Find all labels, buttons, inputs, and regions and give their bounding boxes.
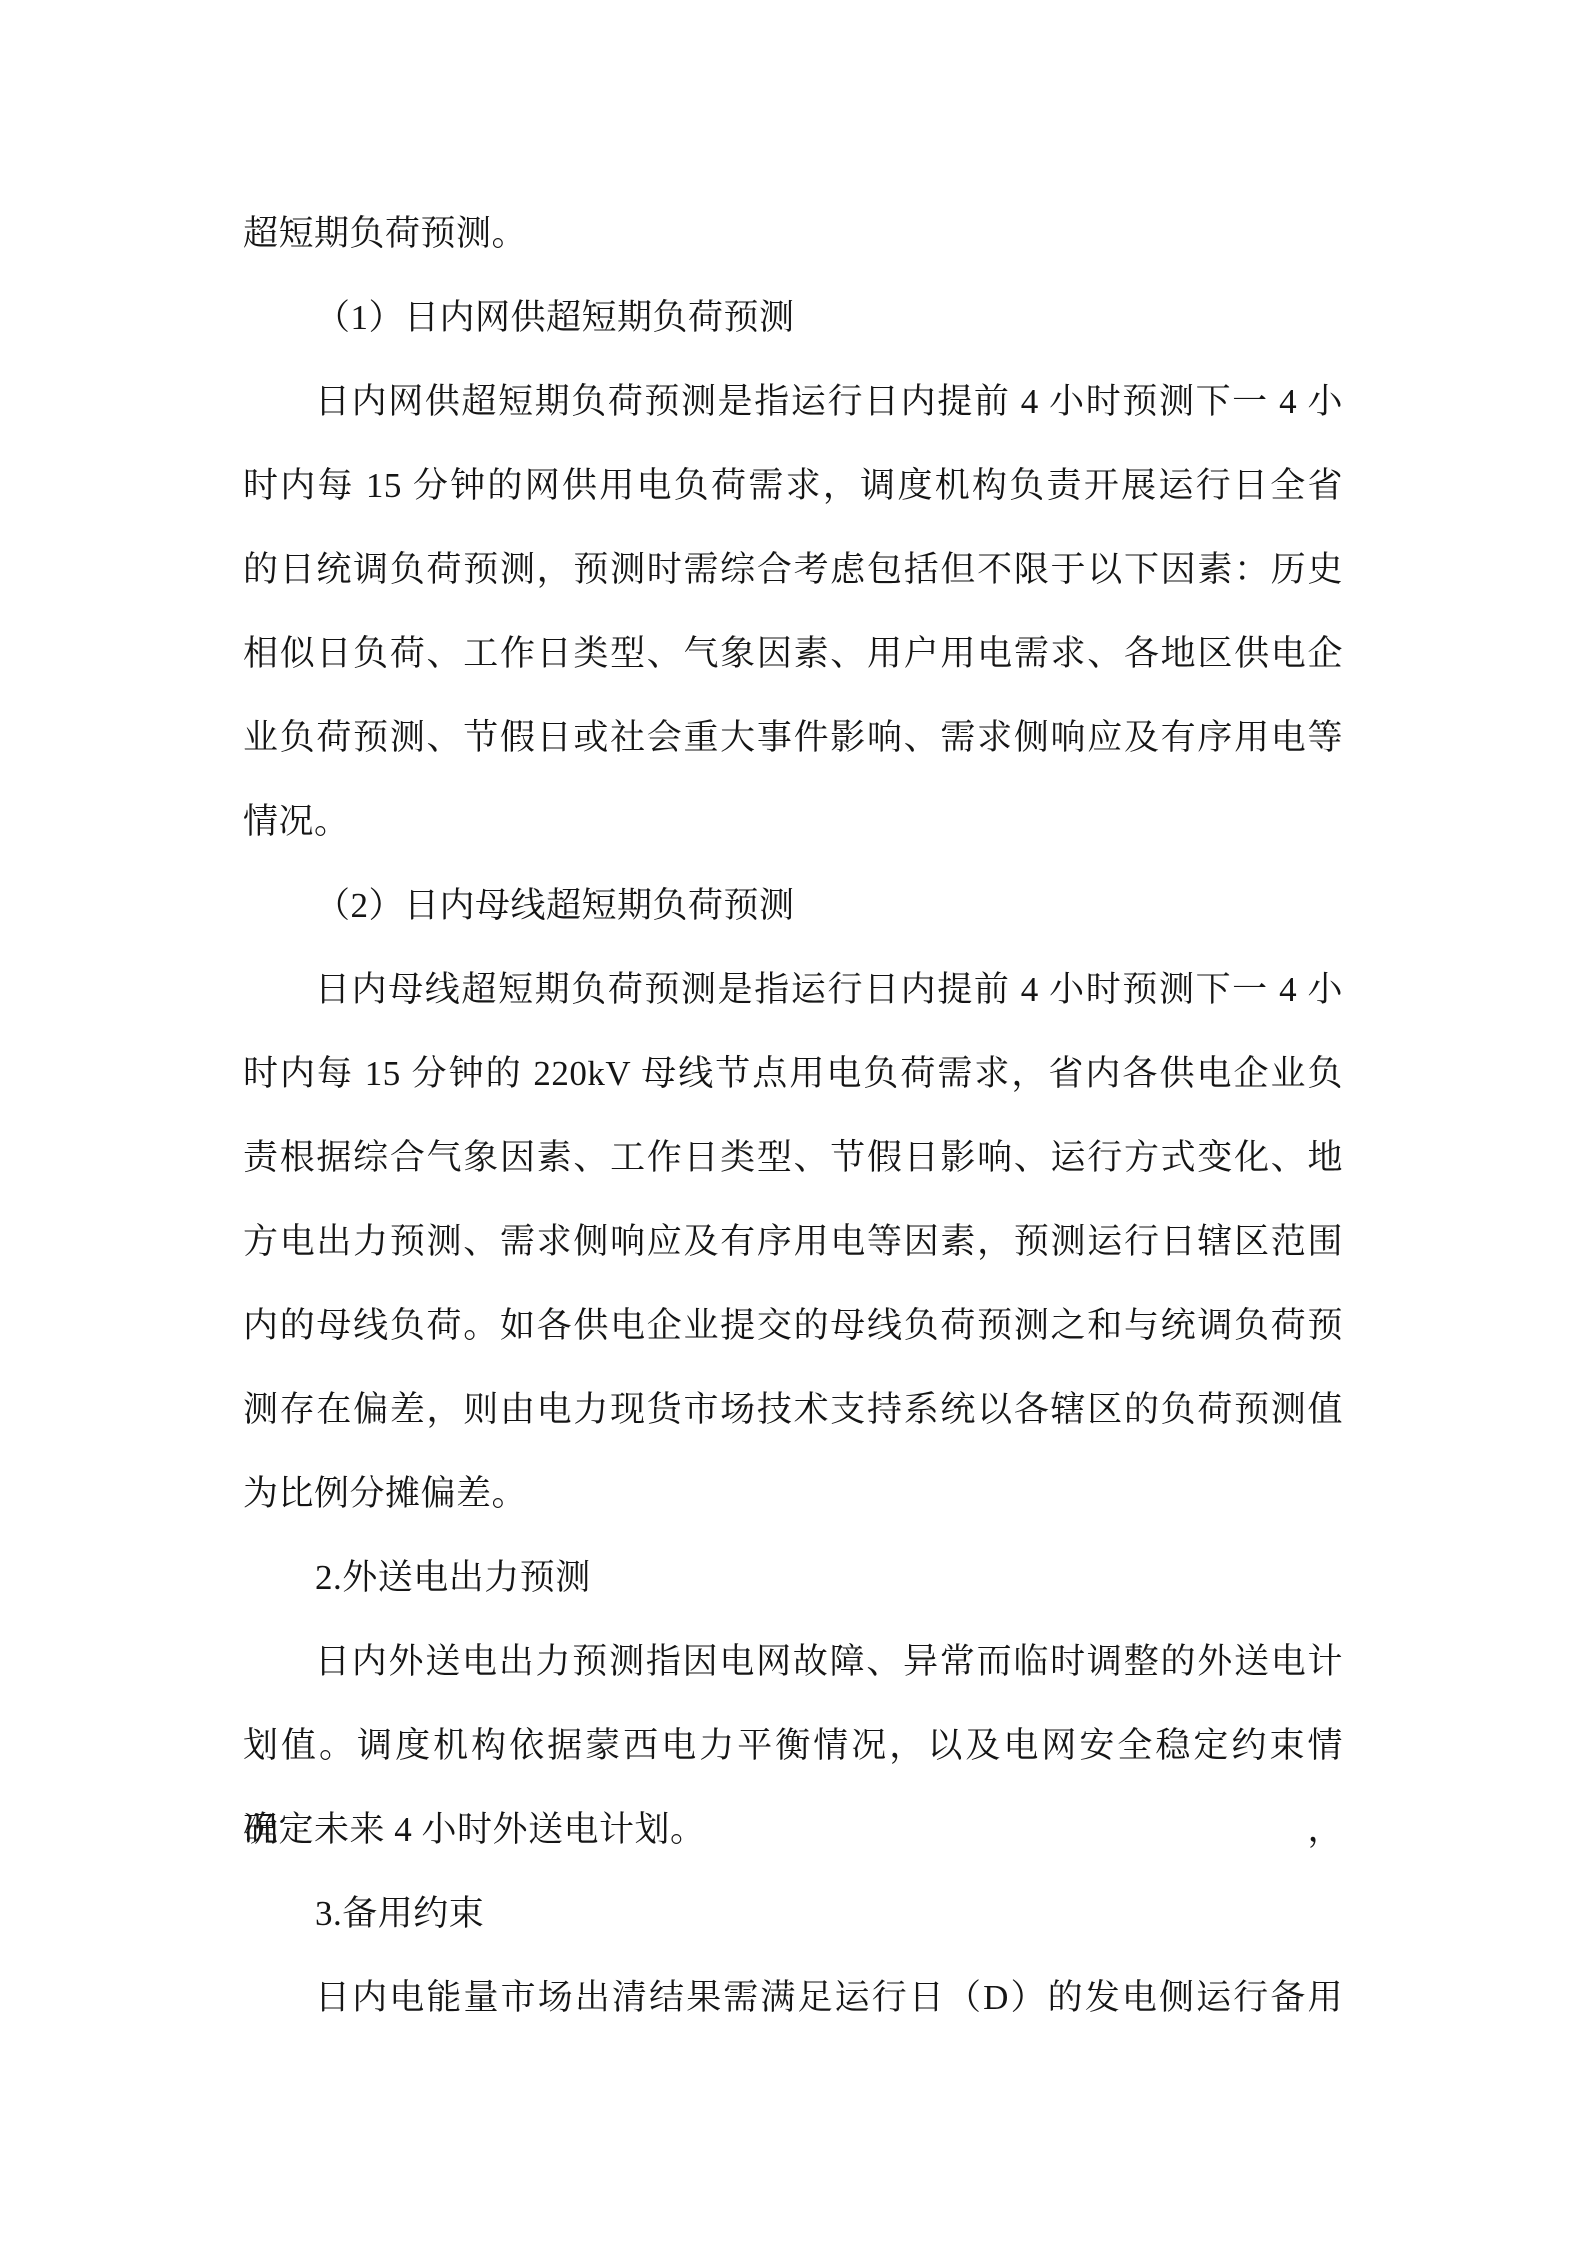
document-page: 超短期负荷预测。（1）日内网供超短期负荷预测日内网供超短期负荷预测是指运行日内提… (0, 0, 1587, 2245)
document-text-block: 超短期负荷预测。（1）日内网供超短期负荷预测日内网供超短期负荷预测是指运行日内提… (243, 192, 1343, 2040)
text-line: 相似日负荷、工作日类型、气象因素、用户用电需求、各地区供电企 (243, 612, 1343, 696)
text-line: 责根据综合气象因素、工作日类型、节假日影响、运行方式变化、地 (243, 1116, 1343, 1200)
text-line: 日内电能量市场出清结果需满足运行日（D）的发电侧运行备用 (243, 1956, 1343, 2040)
text-line: 的日统调负荷预测，预测时需综合考虑包括但不限于以下因素：历史 (243, 528, 1343, 612)
text-line: 方电出力预测、需求侧响应及有序用电等因素，预测运行日辖区范围 (243, 1200, 1343, 1284)
text-line: 时内每 15 分钟的 220kV 母线节点用电负荷需求，省内各供电企业负 (243, 1032, 1343, 1116)
text-line: （2）日内母线超短期负荷预测 (243, 864, 1343, 948)
text-line: 日内网供超短期负荷预测是指运行日内提前 4 小时预测下一 4 小 (243, 360, 1343, 444)
text-line: 测存在偏差，则由电力现货市场技术支持系统以各辖区的负荷预测值 (243, 1368, 1343, 1452)
text-line: 内的母线负荷。如各供电企业提交的母线负荷预测之和与统调负荷预 (243, 1284, 1343, 1368)
text-line: 业负荷预测、节假日或社会重大事件影响、需求侧响应及有序用电等 (243, 696, 1343, 780)
text-line: 情况。 (243, 780, 1343, 864)
text-line: 日内母线超短期负荷预测是指运行日内提前 4 小时预测下一 4 小 (243, 948, 1343, 1032)
text-line: 为比例分摊偏差。 (243, 1452, 1343, 1536)
text-line: 日内外送电出力预测指因电网故障、异常而临时调整的外送电计 (243, 1620, 1343, 1704)
text-line: 超短期负荷预测。 (243, 192, 1343, 276)
text-line: （1）日内网供超短期负荷预测 (243, 276, 1343, 360)
text-line: 3.备用约束 (243, 1872, 1343, 1956)
text-line: 时内每 15 分钟的网供用电负荷需求，调度机构负责开展运行日全省 (243, 444, 1343, 528)
text-line: 2.外送电出力预测 (243, 1536, 1343, 1620)
text-line: 划值。调度机构依据蒙西电力平衡情况，以及电网安全稳定约束情况， (243, 1704, 1343, 1788)
